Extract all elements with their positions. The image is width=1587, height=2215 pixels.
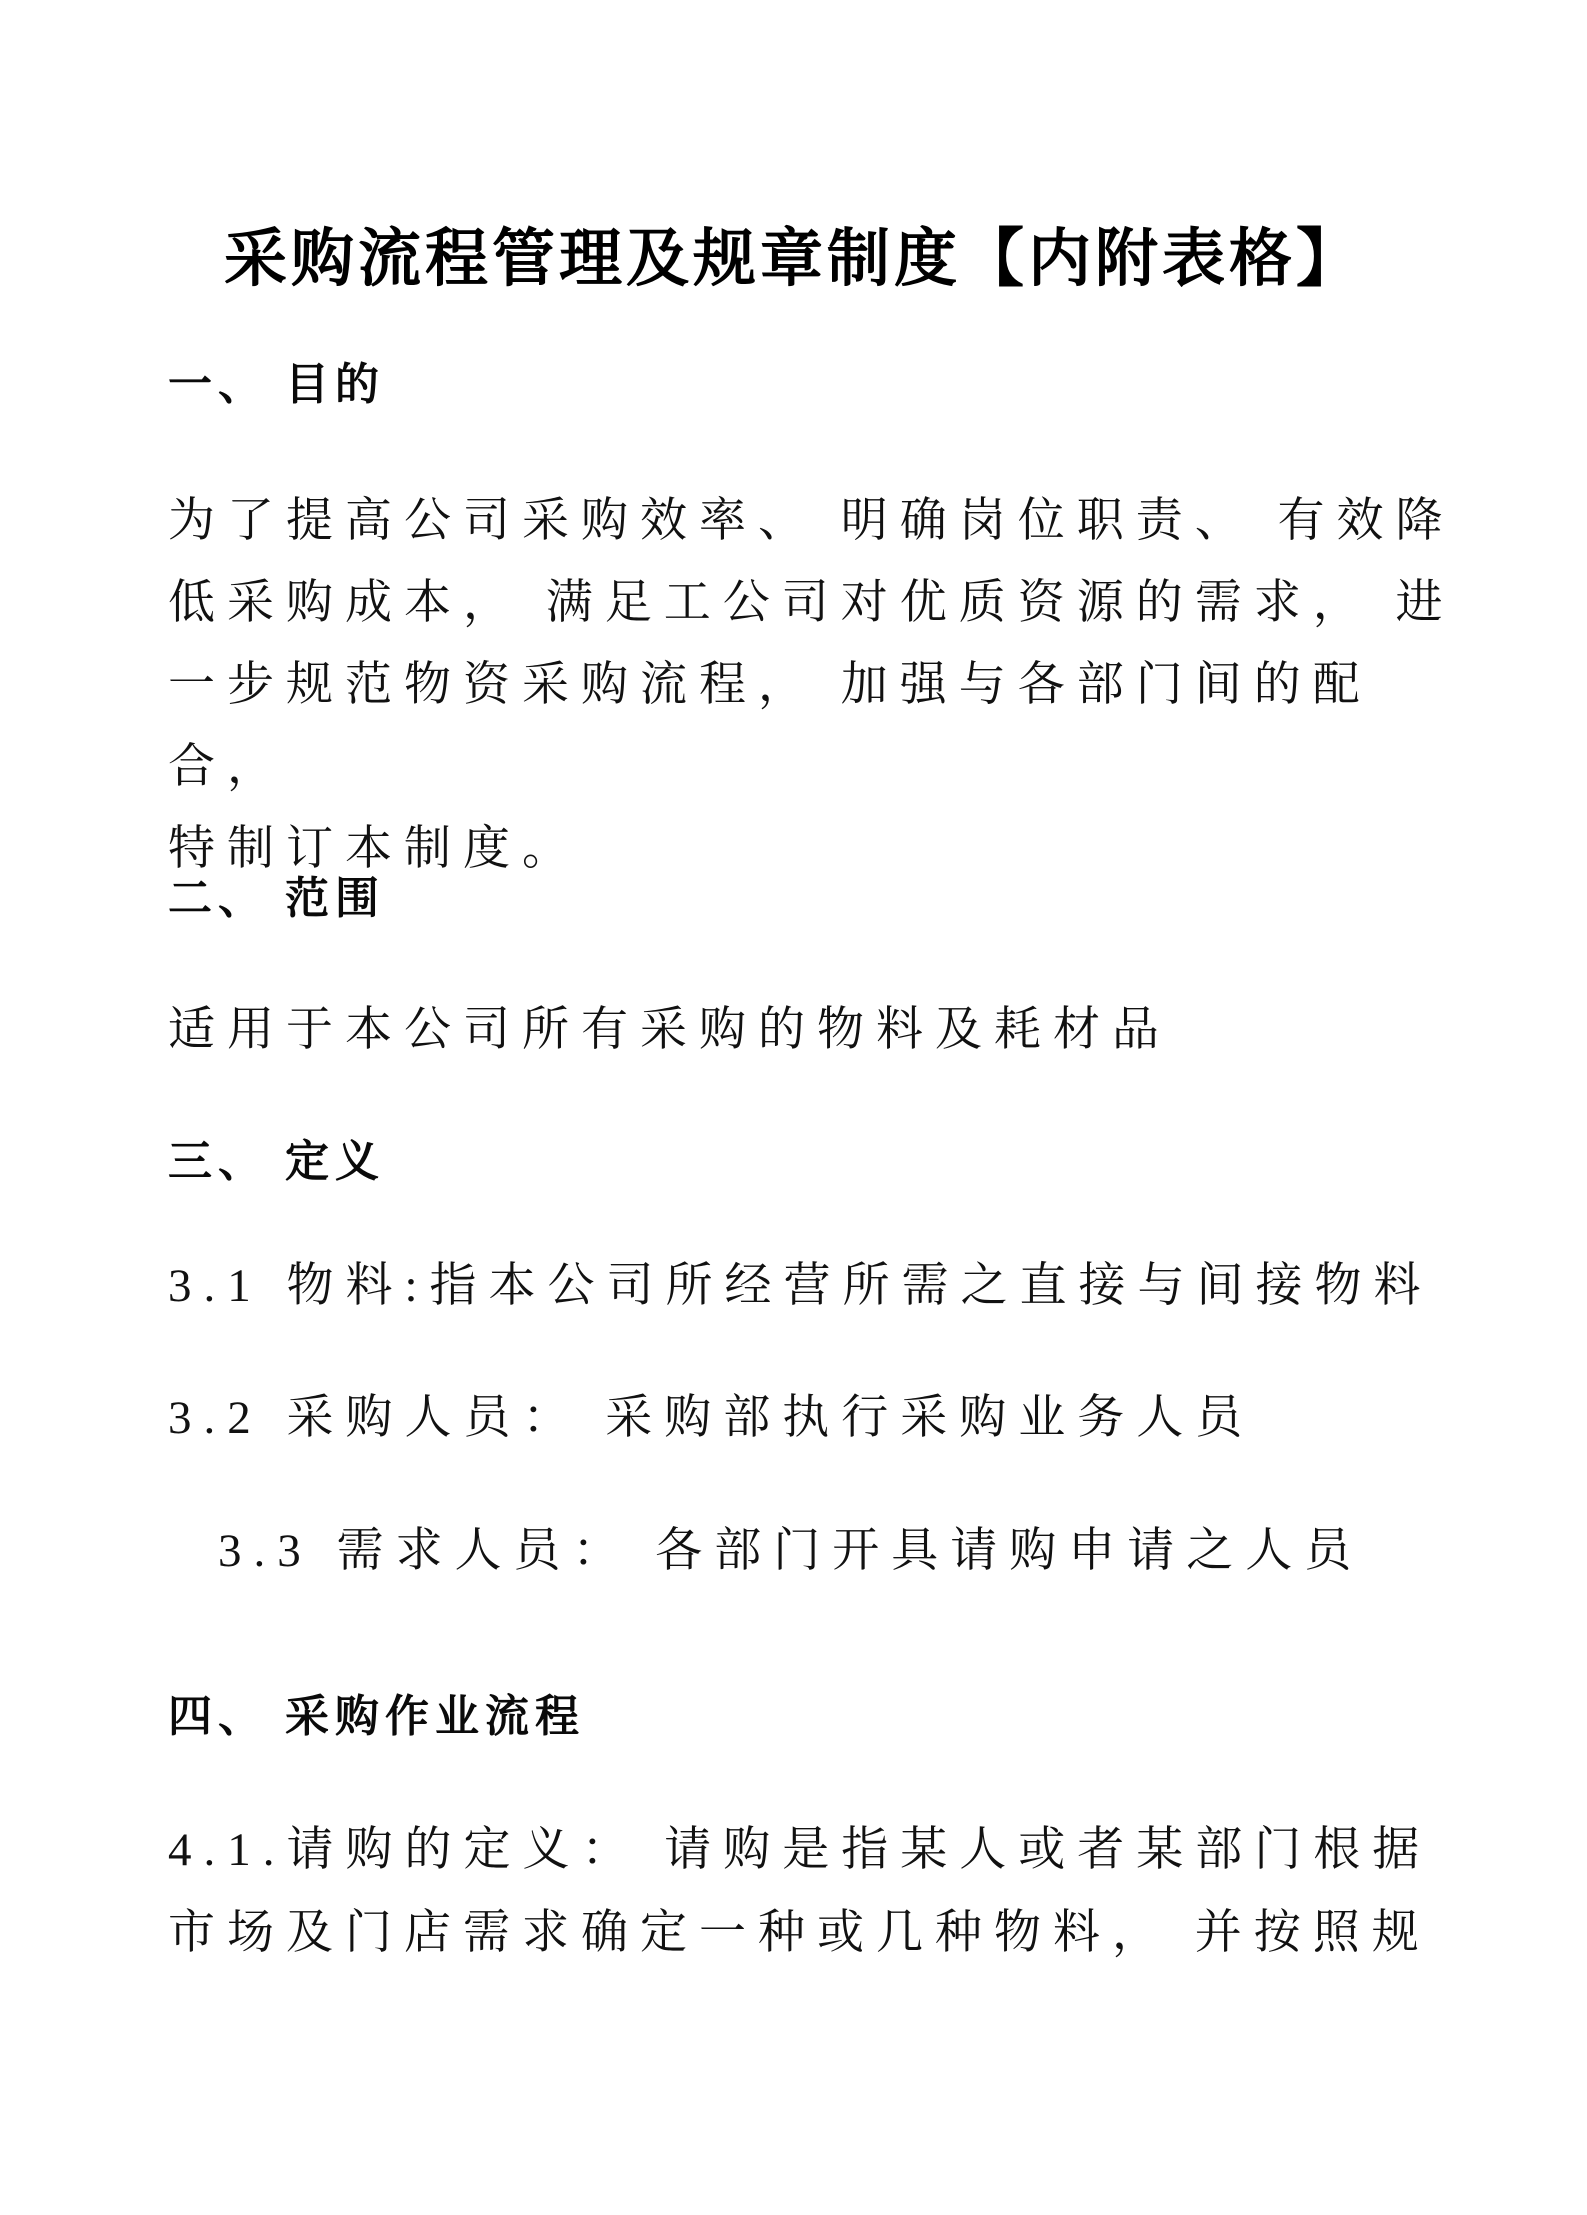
section-heading-purpose: 一、 目的 — [168, 359, 385, 411]
section-heading-scope: 二、 范围 — [168, 873, 385, 925]
paragraph-line: 为了提高公司采购效率、 明确岗位职责、 有效降 — [168, 480, 1458, 562]
paragraph-scope: 适用于本公司所有采购的物料及耗材品 — [168, 1002, 1458, 1058]
paragraph-purpose: 为了提高公司采购效率、 明确岗位职责、 有效降 低采购成本， 满足工公司对优质资… — [168, 480, 1458, 890]
document-title-text: 采购流程管理及规章制度【内附表格】 — [224, 224, 1363, 294]
section-heading-definitions: 三、 定义 — [168, 1136, 385, 1188]
section-heading-process: 四、 采购作业流程 — [168, 1691, 585, 1743]
paragraph-line: 市场及门店需求确定一种或几种物料， 并按照规 — [168, 1892, 1458, 1975]
paragraph-line: 一步规范物资采购流程， 加强与各部门间的配合， — [168, 644, 1458, 808]
definition-item-3-2: 3.2 采购人员： 采购部执行采购业务人员 — [168, 1390, 1458, 1446]
document-title: 采购流程管理及规章制度【内附表格】 — [0, 224, 1587, 294]
definition-item-3-1: 3.1 物料:指本公司所经营所需之直接与间接物料 — [168, 1258, 1458, 1314]
paragraph-line: 适用于本公司所有采购的物料及耗材品 — [168, 1002, 1458, 1058]
paragraph-line: 低采购成本， 满足工公司对优质资源的需求， 进 — [168, 562, 1458, 644]
definition-item-3-3: 3.3 需求人员： 各部门开具请购申请之人员 — [218, 1523, 1508, 1579]
paragraph-process: 4.1.请购的定义： 请购是指某人或者某部门根据 市场及门店需求确定一种或几种物… — [168, 1809, 1458, 1975]
document-page: 采购流程管理及规章制度【内附表格】 一、 目的 为了提高公司采购效率、 明确岗位… — [0, 0, 1587, 2215]
paragraph-line: 4.1.请购的定义： 请购是指某人或者某部门根据 — [168, 1809, 1458, 1892]
